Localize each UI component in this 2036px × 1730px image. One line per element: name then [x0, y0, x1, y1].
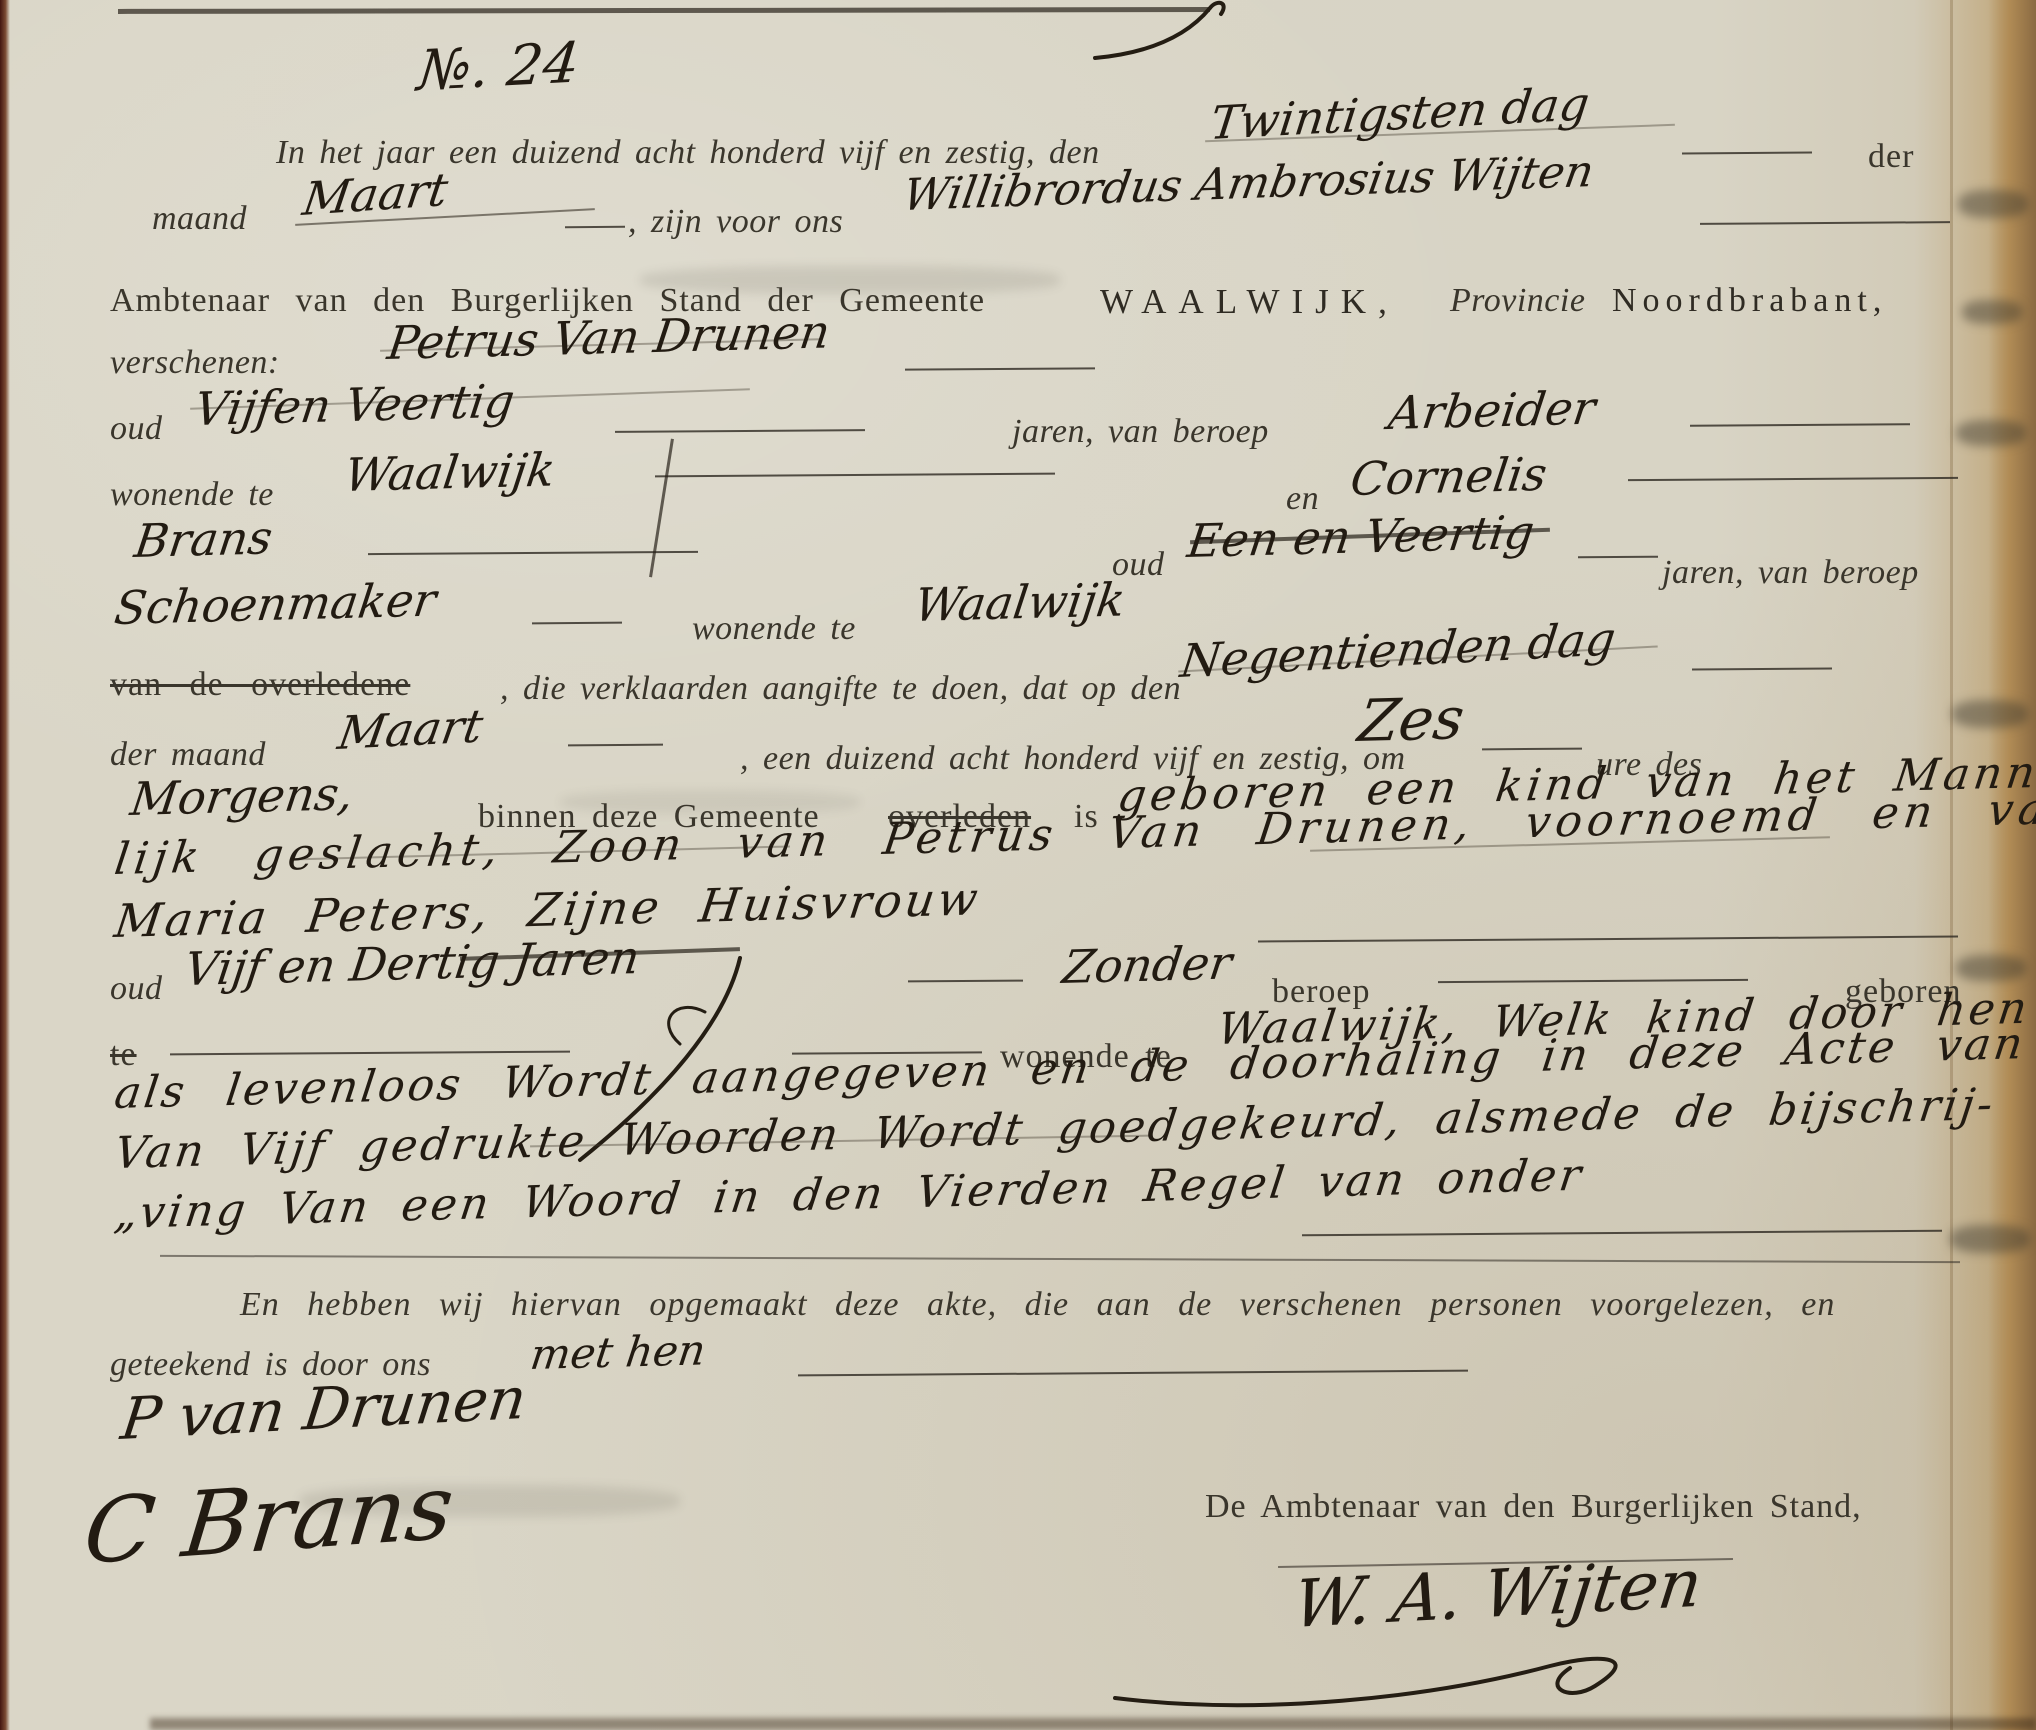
municipality-name: WAALWIJK, — [1100, 284, 1399, 319]
printed-text: jaren, van beroep — [1012, 415, 1269, 449]
ink-dash — [532, 622, 622, 625]
ink-dash — [1258, 936, 1958, 943]
printed-text: wonende te — [692, 612, 856, 646]
ink-dash — [1302, 1230, 1942, 1236]
closing-rule — [160, 1255, 1960, 1263]
ink-dash — [908, 980, 1023, 983]
hand-entry-age2: Een en Veertig — [1185, 509, 1537, 564]
signature-declarant2: C Brans — [80, 1463, 458, 1578]
printed-text: , zijn voor ons — [628, 205, 843, 239]
ink-dash — [1692, 668, 1832, 671]
printed-text: verschenen: — [110, 346, 280, 380]
printed-text-struck: van de overledene — [110, 668, 410, 702]
ink-dash — [905, 367, 1095, 370]
act-number: №. 24 — [415, 36, 582, 100]
page-edge-right — [1988, 0, 2036, 1730]
ink-dash — [798, 1370, 1468, 1377]
hand-entry-met-hen: met hen — [528, 1329, 708, 1376]
hand-entry-age1: Vijfen Veertig — [192, 378, 517, 432]
binding-shadow-left — [0, 0, 10, 1730]
hand-entry-time-of-day: Morgens, — [128, 770, 356, 822]
bottom-shadow — [150, 1718, 2036, 1730]
hand-entry-residence1: Waalwijk — [342, 447, 558, 498]
bleedthrough-smudge — [1950, 1225, 2030, 1253]
bleedthrough-smudge — [640, 266, 1060, 294]
flourish-stroke-top — [1090, 0, 1310, 64]
bleedthrough-smudge — [300, 1485, 680, 1517]
ink-dash — [1682, 152, 1812, 155]
printed-text: jaren, van beroep — [1662, 556, 1919, 590]
hand-entry-occupation2: Schoenmaker — [112, 577, 439, 631]
official-title: De Ambtenaar van den Burgerlijken Stand, — [1205, 1490, 1862, 1524]
bleedthrough-smudge — [560, 790, 860, 814]
birth-certificate-page: №. 24 In het jaar een duizend acht honde… — [0, 0, 2036, 1730]
printed-text: En hebben wij hiervan opgemaakt deze akt… — [240, 1288, 1835, 1322]
printed-text: Provincie — [1450, 284, 1585, 318]
bleedthrough-smudge — [1956, 955, 2026, 981]
printed-text: wonende te — [110, 478, 274, 512]
ink-dash — [1700, 221, 1950, 225]
ink-dash — [1690, 423, 1910, 427]
top-rule — [118, 7, 1210, 14]
printed-text: maand — [152, 202, 247, 236]
province-name: Noordbrabant, — [1612, 284, 1887, 318]
signature-official: W. A. Wijten — [1290, 1551, 1706, 1638]
ink-dash — [615, 429, 865, 433]
hand-entry-birth-month: Maart — [335, 703, 486, 756]
ink-dash — [1438, 979, 1748, 983]
printed-text: oud — [110, 972, 163, 1006]
hand-entry-birth-day: Negentienden dag — [1178, 616, 1618, 684]
hand-entry-declarant1: Petrus Van Drunen — [385, 308, 833, 366]
ink-dash — [568, 744, 663, 747]
bleedthrough-smudge — [1962, 300, 2022, 324]
ink-dash — [1482, 748, 1582, 751]
hand-entry-day: Twintigsten dag — [1208, 80, 1592, 146]
ink-dash — [655, 473, 1055, 478]
printed-text: , die verklaarden aangifte te doen, dat … — [500, 672, 1181, 706]
bleedthrough-smudge — [1952, 700, 2028, 728]
bleedthrough-smudge — [1956, 420, 2026, 446]
hand-entry-declarant2-last: Brans — [132, 514, 275, 564]
hand-entry-declarant2-first: Cornelis — [1348, 451, 1550, 502]
signature-flourish — [1100, 1628, 1720, 1728]
printed-text: oud — [110, 412, 163, 446]
hand-entry-month: Maart — [300, 166, 451, 222]
bleedthrough-smudge — [1958, 190, 2028, 218]
hand-entry-residence2: Waalwijk — [912, 577, 1128, 628]
ink-dash — [368, 551, 698, 555]
hand-entry-occupation1: Arbeider — [1386, 385, 1598, 436]
ink-ascender-stroke — [649, 439, 674, 578]
hand-entry-zonder: Zonder — [1060, 940, 1235, 990]
ink-dash — [1578, 556, 1658, 559]
hand-entry-hour: Zes — [1355, 689, 1467, 750]
page-crease-line — [1950, 0, 1953, 1730]
ink-dash — [170, 1051, 570, 1056]
ink-dash — [565, 226, 625, 228]
printed-text: der — [1868, 140, 1914, 174]
ink-dash — [1628, 477, 1958, 481]
printed-text: der maand — [110, 738, 266, 772]
